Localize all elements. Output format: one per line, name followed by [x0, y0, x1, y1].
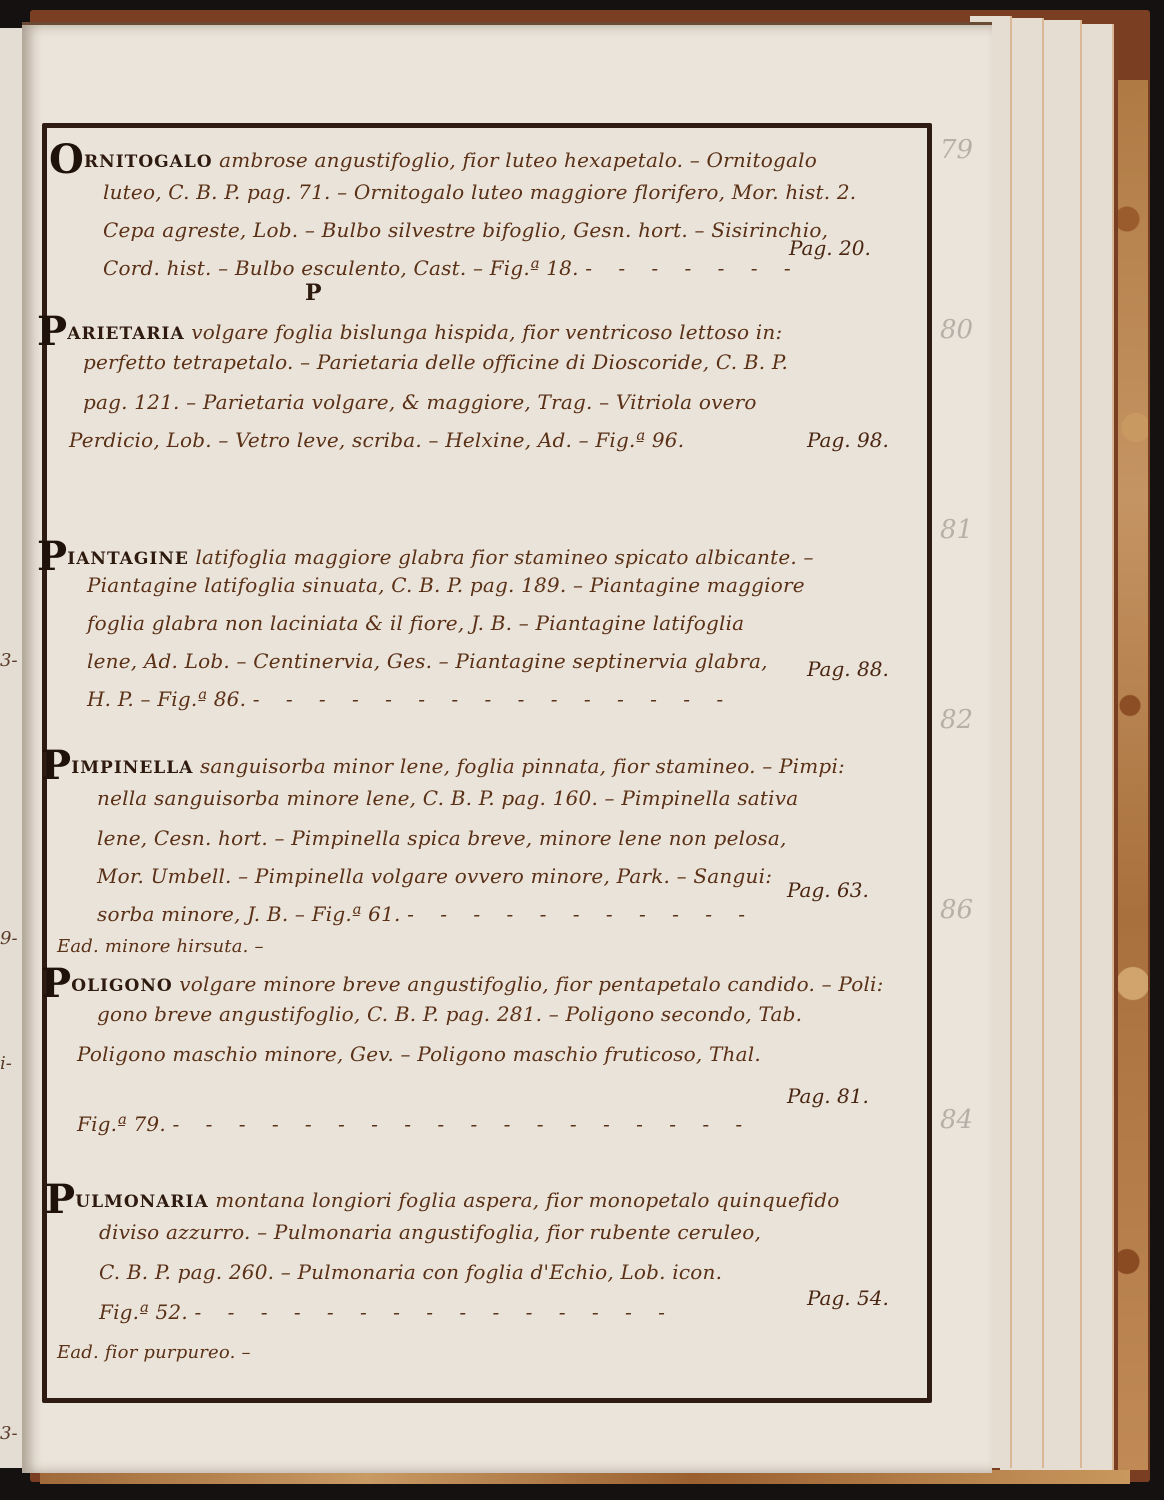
section-marker: P: [305, 280, 322, 306]
page-reference: Pag. 54.: [807, 1286, 889, 1310]
entry-headword: RNITOGALO: [84, 152, 213, 172]
entry-text: latifoglia maggiore glabra fior stamineo…: [195, 545, 813, 569]
entry-initial: O: [49, 136, 84, 183]
entry-initial: P: [37, 533, 67, 580]
dash-leader: - - - - - - - - - - -: [407, 902, 755, 926]
entry-note: Ead. fior purpureo. –: [57, 1342, 251, 1363]
entry-text: Piantagine latifoglia sinuata, C. B. P. …: [87, 573, 805, 597]
entry-text: Cord. hist. – Bulbo esculento, Cast. – F…: [103, 256, 579, 280]
entry-text: Fig.ª 52.: [99, 1300, 188, 1324]
entry-text: volgare minore breve angustifoglio, fior…: [179, 972, 883, 996]
entry-headword: ARIETARIA: [67, 324, 184, 344]
entry-text: Fig.ª 79.: [77, 1112, 166, 1136]
entry-initial: P: [41, 742, 71, 789]
entry-text: volgare foglia bislunga hispida, fior ve…: [191, 320, 782, 344]
entry-text: gono breve angustifoglio, C. B. P. pag. …: [97, 1002, 802, 1026]
margin-mark: 9-: [0, 928, 18, 949]
entry-note: Ead. minore hirsuta. –: [57, 936, 264, 957]
marbled-edge-right: [1118, 80, 1148, 1470]
ink-frame: ORNITOGALO ambrose angustifoglio, fior l…: [42, 123, 932, 1403]
margin-mark: i-: [0, 1053, 12, 1074]
entry-text: sanguisorba minor lene, foglia pinnata, …: [200, 754, 845, 778]
entry-headword: ULMONARIA: [75, 1192, 208, 1212]
ghost-number: 86: [940, 895, 973, 925]
entry-headword: OLIGONO: [71, 976, 172, 996]
dash-leader: - - - - - - -: [585, 256, 800, 280]
margin-mark: 3-: [0, 1423, 18, 1444]
entry-text: pag. 121. – Parietaria volgare, & maggio…: [83, 390, 757, 414]
entry-text: C. B. P. pag. 260. – Pulmonaria con fogl…: [99, 1260, 722, 1284]
entry-text: lene, Cesn. hort. – Pimpinella spica bre…: [97, 826, 787, 850]
entry-text: ambrose angustifoglio, fior luteo hexape…: [219, 148, 817, 172]
ghost-number: 81: [940, 515, 973, 545]
entry-text: diviso azzurro. – Pulmonaria angustifogl…: [99, 1220, 761, 1244]
ghost-number: 82: [940, 705, 973, 735]
entry-text: luteo, C. B. P. pag. 71. – Ornitogalo lu…: [103, 180, 856, 204]
dash-leader: - - - - - - - - - - - - - - -: [253, 687, 733, 711]
entry-text: H. P. – Fig.ª 86.: [87, 687, 246, 711]
entry-headword: IANTAGINE: [67, 549, 189, 569]
margin-mark: 3-: [0, 650, 18, 671]
entry-text: Cepa agreste, Lob. – Bulbo silvestre bif…: [103, 218, 828, 242]
ghost-number: 80: [940, 315, 973, 345]
entry-initial: P: [45, 1176, 75, 1223]
entry-headword: IMPINELLA: [71, 758, 193, 778]
entry-text: foglia glabra non laciniata & il fiore, …: [87, 611, 744, 635]
entry-text: montana longiori foglia aspera, fior mon…: [215, 1188, 839, 1212]
entry-initial: P: [41, 960, 71, 1007]
page-reference: Pag. 98.: [807, 428, 889, 452]
dash-leader: - - - - - - - - - - - - - - -: [194, 1300, 674, 1324]
entry-text: Poligono maschio minore, Gev. – Poligono…: [77, 1042, 761, 1066]
entry-text: sorba minore, J. B. – Fig.ª 61.: [97, 902, 401, 926]
entry-text: perfetto tetrapetalo. – Parietaria delle…: [83, 350, 788, 374]
page-reference: Pag. 63.: [787, 878, 869, 902]
ghost-number: 84: [940, 1105, 973, 1135]
entry-initial: P: [37, 308, 67, 355]
entry-text: Perdicio, Lob. – Vetro leve, scriba. – H…: [69, 428, 684, 452]
page-reference: Pag. 81.: [787, 1084, 869, 1108]
entry-text: Mor. Umbell. – Pimpinella volgare ovvero…: [97, 864, 772, 888]
ghost-number: 79: [940, 135, 973, 165]
page-reference: Pag. 20.: [789, 236, 871, 260]
entry-text: lene, Ad. Lob. – Centinervia, Ges. – Pia…: [87, 649, 768, 673]
dash-leader: - - - - - - - - - - - - - - - - - -: [172, 1112, 752, 1136]
entry-text: nella sanguisorba minore lene, C. B. P. …: [97, 786, 798, 810]
page-reference: Pag. 88.: [807, 657, 889, 681]
manuscript-page: 79 80 81 82 86 84 ORNITOGALO ambrose ang…: [22, 22, 992, 1473]
